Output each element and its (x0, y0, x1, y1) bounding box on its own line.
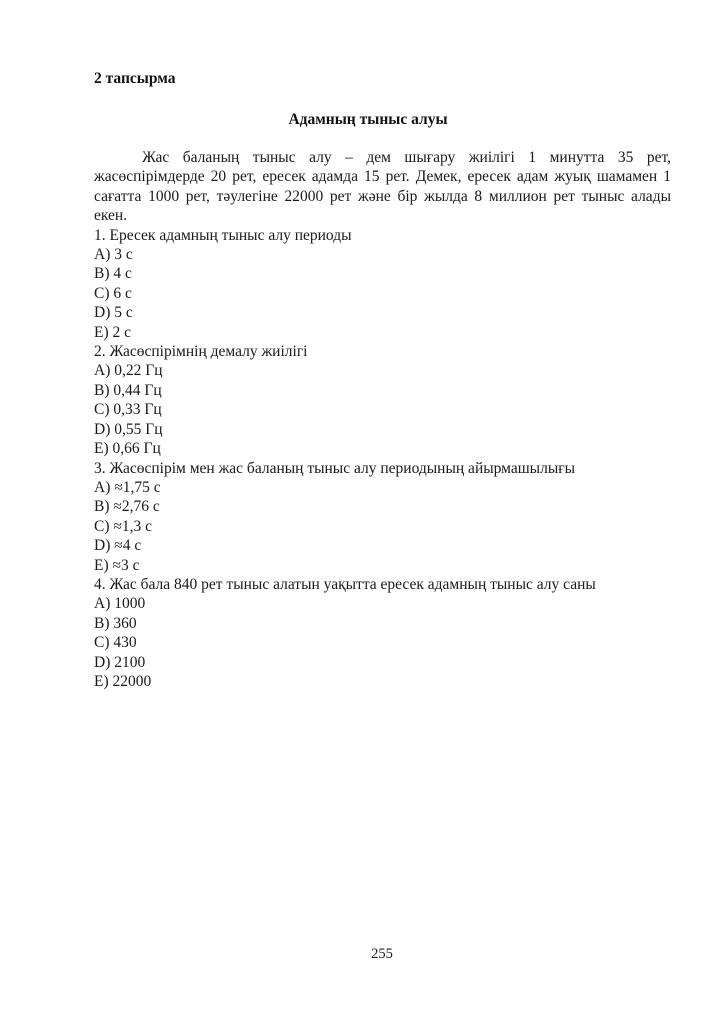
answer-option: C) 0,33 Гц (94, 400, 671, 419)
answer-option: D) 5 с (94, 303, 671, 322)
answer-option: D) 2100 (94, 653, 671, 672)
answer-option: A) ≈1,75 с (94, 478, 671, 497)
document-body: Жас баланың тыныс алу – дем шығару жиілі… (94, 148, 671, 691)
question-text: 2. Жасөспірімнің демалу жиілігі (94, 342, 671, 361)
answer-option: E) 0,66 Гц (94, 439, 671, 458)
answer-option: D) ≈4 с (94, 536, 671, 555)
question-text: 1. Ересек адамның тыныс алу периоды (94, 226, 671, 245)
question-text: 3. Жасөспірім мен жас баланың тыныс алу … (94, 459, 671, 478)
answer-option: B) 4 с (94, 264, 671, 283)
answer-option: C) 6 с (94, 284, 671, 303)
question-block-2: 2. Жасөспірімнің демалу жиілігі A) 0,22 … (94, 342, 671, 458)
answer-option: E) ≈3 с (94, 556, 671, 575)
page-number: 255 (0, 946, 724, 963)
question-block-3: 3. Жасөспірім мен жас баланың тыныс алу … (94, 459, 671, 575)
question-text: 4. Жас бала 840 рет тыныс алатын уақытта… (94, 575, 671, 594)
question-block-4: 4. Жас бала 840 рет тыныс алатын уақытта… (94, 575, 671, 691)
answer-option: A) 0,22 Гц (94, 361, 671, 380)
answer-option: B) ≈2,76 с (94, 497, 671, 516)
answer-option: E) 22000 (94, 672, 671, 691)
answer-option: B) 0,44 Гц (94, 381, 671, 400)
answer-option: C) ≈1,3 с (94, 517, 671, 536)
answer-option: D) 0,55 Гц (94, 420, 671, 439)
answer-option: C) 430 (94, 633, 671, 652)
question-block-1: 1. Ересек адамның тыныс алу периоды A) 3… (94, 226, 671, 342)
answer-option: B) 360 (94, 614, 671, 633)
document-title: Адамның тыныс алуы (0, 111, 724, 129)
answer-option: A) 3 с (94, 245, 671, 264)
task-heading: 2 тапсырма (94, 70, 175, 88)
intro-paragraph: Жас баланың тыныс алу – дем шығару жиілі… (94, 148, 671, 226)
answer-option: A) 1000 (94, 594, 671, 613)
answer-option: E) 2 с (94, 323, 671, 342)
document-page: 2 тапсырма Адамның тыныс алуы Жас баланы… (0, 0, 724, 1024)
